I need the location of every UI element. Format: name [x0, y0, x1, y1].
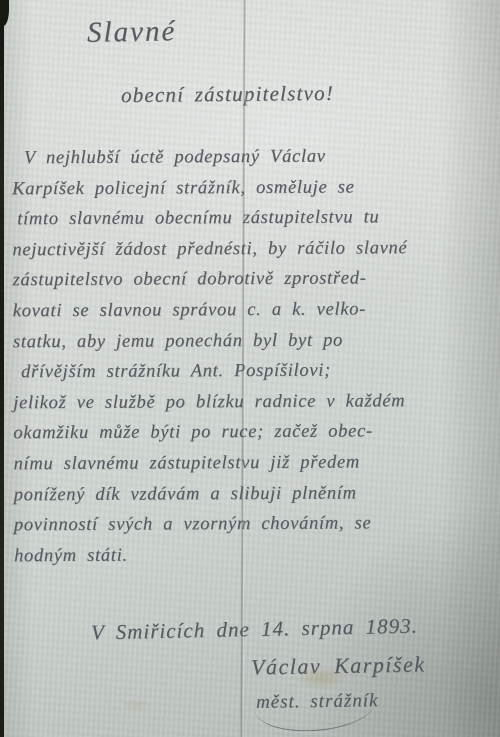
- letter-body-line: statku, aby jemu ponechán byl byt po: [13, 324, 495, 357]
- letter-body-line: dřívějším strážníku Ant. Pospíšilovi;: [13, 355, 495, 388]
- letter-salutation: Slavné: [87, 15, 177, 50]
- letter-body-line: nejuctivější žádost přednésti, by ráčilo…: [12, 233, 494, 266]
- letter-body-line: hodným státi.: [14, 538, 496, 571]
- letter-body-line: povinností svých a vzorným chováním, se: [14, 508, 496, 541]
- letter-body-line: V nejhlubší úctě podepsaný Václav: [12, 141, 494, 174]
- paper-left-edge: [0, 0, 4, 737]
- paper-stain: [121, 698, 151, 712]
- letter-body: V nejhlubší úctě podepsaný Václav Karpíš…: [12, 141, 496, 572]
- letter-body-line: jelikož ve službě po blízku radnice v ka…: [13, 385, 495, 418]
- paper-stain: [295, 666, 347, 690]
- letter-body-line: Karpíšek policejní strážník, osměluje se: [12, 171, 494, 204]
- paper-sheet: Slavné obecní zástupitelstvo! V nejhlubš…: [3, 0, 500, 737]
- letter-addressee: obecní zástupitelstvo!: [121, 81, 334, 108]
- letter-dateline: V Smiřicích dne 14. srpna 1893.: [91, 614, 418, 646]
- letter-body-line: tímto slavnému obecnímu zástupitelstvu t…: [12, 202, 494, 235]
- letter-body-line: nímu slavnému zástupitelstvu již předem: [13, 447, 495, 480]
- photo-background: Slavné obecní zástupitelstvo! V nejhlubš…: [0, 0, 500, 737]
- letter-body-line: okamžiku může býti po ruce; začež obec-: [13, 416, 495, 449]
- letter-body-line: ponížený dík vzdávám a slibuji plněním: [14, 477, 496, 510]
- letter-body-line: zástupitelstvo obecní dobrotivě zprostře…: [13, 263, 495, 296]
- signature-flourish: [255, 702, 376, 733]
- letter-body-line: kovati se slavnou správou c. a k. velko-: [13, 294, 495, 327]
